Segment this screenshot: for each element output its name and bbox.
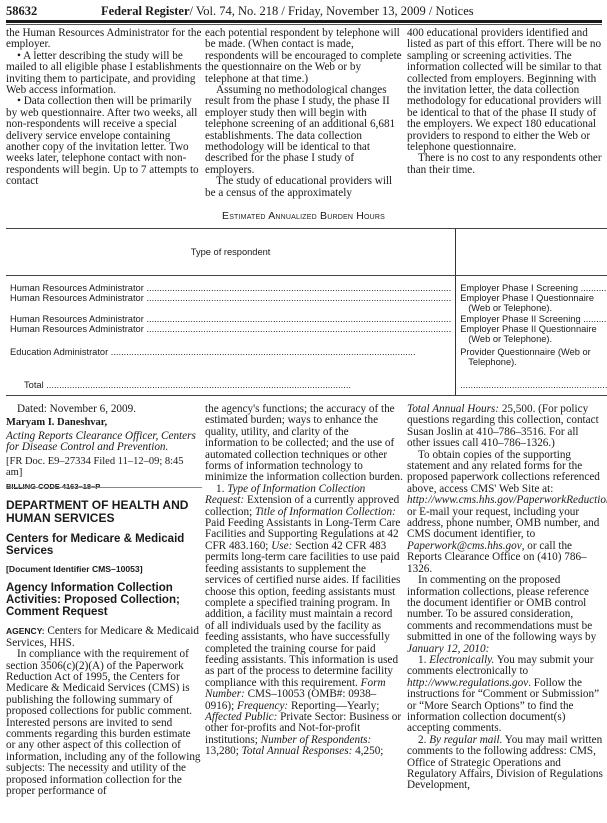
paragraph: In commenting on the proposed informatio… bbox=[407, 575, 603, 655]
paragraph: the Human Resources Administrator for th… bbox=[6, 28, 202, 51]
fr-doc-line: [FR Doc. E9–27334 Filed 11–12–09; 8:45 a… bbox=[6, 456, 202, 479]
page-number: 58632 bbox=[6, 4, 37, 19]
agency-label: AGENCY: bbox=[6, 626, 45, 636]
paragraph: 400 educational providers identified and… bbox=[407, 28, 603, 153]
top-column-1: the Human Resources Administrator for th… bbox=[6, 28, 202, 188]
paragraph: The study of educational providers will … bbox=[205, 176, 403, 199]
paragraph: 2. By regular mail. You may mail written… bbox=[407, 735, 603, 792]
item-number: 2. bbox=[418, 734, 426, 746]
notice-column-1: DEPARTMENT OF HEALTH AND HUMAN SERVICES … bbox=[6, 499, 202, 798]
mail-label: By regular mail. bbox=[429, 734, 502, 746]
collection-item-1: 1. Type of Information Collection Reques… bbox=[205, 484, 403, 758]
annual-responses-text: 4,250; bbox=[352, 745, 383, 757]
frequency-text: Reporting—Yearly; bbox=[288, 700, 379, 712]
publication-name: Federal Register bbox=[101, 4, 190, 18]
paragraph: each potential respondent by telephone w… bbox=[205, 28, 403, 85]
cms-pra-link[interactable]: http://www.cms.hhs.gov/PaperworkReductio… bbox=[407, 494, 607, 506]
notice-column-3: Total Annual Hours: 25,500. (For policy … bbox=[407, 404, 603, 792]
respondent-cell: Human Resources Administrator bbox=[10, 314, 451, 324]
regulations-gov-link[interactable]: http://www.regulations.gov bbox=[407, 677, 528, 689]
burden-hours-table: Type of respondent Form name Number of r… bbox=[6, 228, 607, 396]
header-title: Federal Register/ Vol. 74, No. 218 / Fri… bbox=[101, 4, 474, 19]
header-form-name: Form name bbox=[456, 229, 607, 276]
paperwork-email-link[interactable]: Paperwork@cms.hhs.gov bbox=[407, 540, 522, 552]
paragraph: Total Annual Hours: 25,500. (For policy … bbox=[407, 404, 603, 450]
table-title-text: Estimated Annualized Burden Hours bbox=[222, 210, 385, 222]
table-row: Education Administrator Provider Questio… bbox=[6, 344, 607, 367]
respondents-text: 13,280; bbox=[205, 745, 242, 757]
leader-dots bbox=[460, 380, 607, 390]
document-identifier: [Document Identifier CMS–10053] bbox=[6, 564, 202, 575]
paragraph: To obtain copies of the supporting state… bbox=[407, 450, 603, 575]
form-cell-cont: (Web or Telephone). bbox=[460, 334, 607, 344]
table-row: Human Resources Administrator Employer P… bbox=[6, 276, 607, 294]
frequency-label: Frequency: bbox=[237, 700, 288, 712]
page-header: 58632 Federal Register/ Vol. 74, No. 218… bbox=[6, 4, 602, 18]
bullet-paragraph: • Data collection then will be primarily… bbox=[6, 96, 202, 187]
paragraph: the agency's functions; the accuracy of … bbox=[205, 404, 403, 484]
spacer-row bbox=[6, 368, 607, 377]
paragraph: Assuming no methodological changes resul… bbox=[205, 85, 403, 176]
top-column-2: each potential respondent by telephone w… bbox=[205, 28, 403, 199]
table-row: Human Resources Administrator Employer P… bbox=[6, 324, 607, 344]
affected-public-label: Affected Public: bbox=[205, 711, 277, 723]
paragraph: There is no cost to any respondents othe… bbox=[407, 153, 603, 176]
section-divider bbox=[6, 487, 202, 488]
respondent-cell: Human Resources Administrator bbox=[10, 283, 451, 293]
table-header-row: Type of respondent Form name Number of r… bbox=[6, 229, 607, 276]
total-row: Total 898 bbox=[6, 376, 607, 395]
form-cell-cont: Telephone). bbox=[460, 357, 607, 367]
item-number: 1. bbox=[418, 654, 426, 666]
hours-label: Total Annual Hours: bbox=[407, 403, 499, 415]
signature-block: Dated: November 6, 2009. Maryam I. Danes… bbox=[6, 404, 202, 493]
respondent-cell: Education Administrator bbox=[10, 347, 451, 357]
header-rule bbox=[6, 20, 602, 23]
paragraph: 1. Electronically. You may submit your c… bbox=[407, 655, 603, 735]
respondent-cell: Human Resources Administrator bbox=[10, 293, 451, 303]
issue-info: / Vol. 74, No. 218 / Friday, November 13… bbox=[190, 4, 474, 18]
agency-heading: Centers for Medicare & Medicaid Services bbox=[6, 533, 202, 557]
form-cell-cont: (Web or Telephone). bbox=[460, 303, 607, 313]
table-row: Human Resources Administrator Employer P… bbox=[6, 314, 607, 324]
total-label: Total bbox=[24, 380, 451, 390]
table-row: Human Resources Administrator Employer P… bbox=[6, 293, 607, 313]
bullet-paragraph: • A letter describing the study will be … bbox=[6, 51, 202, 97]
notice-column-2: the agency's functions; the accuracy of … bbox=[205, 404, 403, 758]
obtain-text: To obtain copies of the supporting state… bbox=[407, 449, 600, 495]
notice-heading: Agency Information Collection Activities… bbox=[6, 582, 202, 618]
header-rule-thin bbox=[6, 24, 602, 25]
agency-line: AGENCY: Centers for Medicare & Medicaid … bbox=[6, 626, 202, 649]
commenting-text: In commenting on the proposed informatio… bbox=[407, 574, 596, 643]
use-label: Use: bbox=[271, 540, 292, 552]
department-heading: DEPARTMENT OF HEALTH AND HUMAN SERVICES bbox=[6, 499, 202, 524]
paragraph: In compliance with the requirement of se… bbox=[6, 649, 202, 797]
electronic-label: Electronically. bbox=[429, 654, 494, 666]
form-cell: Provider Questionnaire (Web or bbox=[460, 347, 591, 357]
form-cell: Employer Phase II Screening bbox=[460, 314, 607, 324]
dated-line: Dated: November 6, 2009. bbox=[6, 404, 202, 415]
form-cell: Employer Phase I Screening bbox=[460, 283, 607, 293]
use-text: Section 42 CFR 483 permits long-term car… bbox=[205, 540, 400, 689]
signer-title: Acting Reports Clearance Officer, Center… bbox=[6, 431, 202, 454]
item-number: 1. bbox=[216, 483, 224, 495]
title-label: Title of Information Collection: bbox=[255, 506, 396, 518]
top-column-3: 400 educational providers identified and… bbox=[407, 28, 603, 176]
respondent-cell: Human Resources Administrator bbox=[10, 324, 451, 334]
deadline: January 12, 2010: bbox=[407, 643, 489, 655]
form-cell: Employer Phase I Questionnaire bbox=[460, 293, 594, 303]
table-title: Estimated Annualized Burden Hours bbox=[0, 210, 607, 222]
signer-name: Maryam I. Daneshvar, bbox=[6, 417, 202, 428]
annual-responses-label: Total Annual Responses: bbox=[242, 745, 353, 757]
form-cell: Employer Phase II Questionnaire bbox=[460, 324, 596, 334]
respondents-label: Number of Respondents: bbox=[261, 734, 372, 746]
header-type-of-respondent: Type of respondent bbox=[6, 229, 456, 276]
